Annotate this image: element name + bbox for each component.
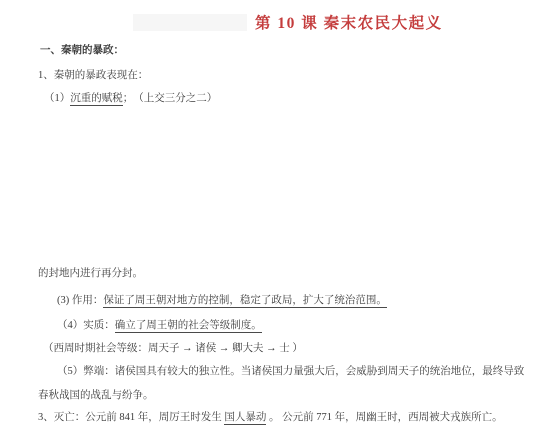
text-run: 的封地内进行再分封。 [38, 268, 143, 279]
line-western-zhou-hierarchy: （西周时期社会等级：周天子 → 诸侯 → 卿大夫 → 士 ） [43, 342, 303, 355]
text-run: (3) 作用： [57, 295, 103, 306]
line-section-heading-qin-tyranny: 一、秦朝的暴政： [40, 44, 124, 57]
text-run: （上交三分之二） [128, 93, 217, 104]
text-run: 。 公元前 771 年，周幽王时，西周被犬戎族所亡。 [266, 412, 502, 423]
title-blank-highlight [133, 14, 247, 31]
line-fief-subdivision-continuation: 的封地内进行再分封。 [38, 267, 143, 280]
line-essence-of-enfeoffment: （4）实质：确立了周王朝的社会等级制度。 [57, 319, 262, 332]
text-run: 春秋战国的战乱与纷争。 [38, 390, 154, 401]
text-run: （1） [44, 93, 70, 104]
underlined-answer: 确立了周王朝的社会等级制度。 [115, 320, 262, 333]
line-fall-of-western-zhou: 3、灭亡：公元前 841 年，周厉王时发生 国人暴动 。 公元前 771 年，周… [38, 411, 503, 424]
underlined-answer: 国人暴动 [224, 412, 266, 425]
line-drawback-continuation: 春秋战国的战乱与纷争。 [38, 389, 154, 402]
line-drawback: （5）弊端：诸侯国具有较大的独立性。当诸侯国力量强大后，会威胁到周天子的统治地位… [57, 365, 524, 378]
document-page: 第 10 课 秦末农民大起义 一、秦朝的暴政： 1、秦朝的暴政表现在： （1）沉… [0, 0, 547, 427]
text-run: （5）弊端：诸侯国具有较大的独立性。当诸侯国力量强大后，会威胁到周天子的统治地位… [57, 366, 524, 377]
line-heavy-taxes: （1）沉重的赋税； （上交三分之二） [44, 92, 217, 105]
text-run: 1、秦朝的暴政表现在： [38, 70, 148, 81]
line-function-of-enfeoffment: (3) 作用：保证了周王朝对地方的控制，稳定了政局，扩大了统治范围。 [57, 294, 387, 307]
text-run: （4）实质： [57, 320, 115, 331]
text-run: （西周时期社会等级：周天子 → 诸侯 → 卿大夫 → 士 ） [43, 343, 303, 354]
underlined-answer: 沉重的赋税 [70, 93, 123, 106]
page-title: 第 10 课 秦末农民大起义 [255, 11, 443, 33]
line-tyranny-manifestations: 1、秦朝的暴政表现在： [38, 69, 148, 82]
underlined-answer: 保证了周王朝对地方的控制，稳定了政局，扩大了统治范围。 [103, 295, 387, 308]
text-run: 3、灭亡：公元前 841 年，周厉王时发生 [38, 412, 224, 423]
text-run: 一、秦朝的暴政： [40, 45, 124, 56]
